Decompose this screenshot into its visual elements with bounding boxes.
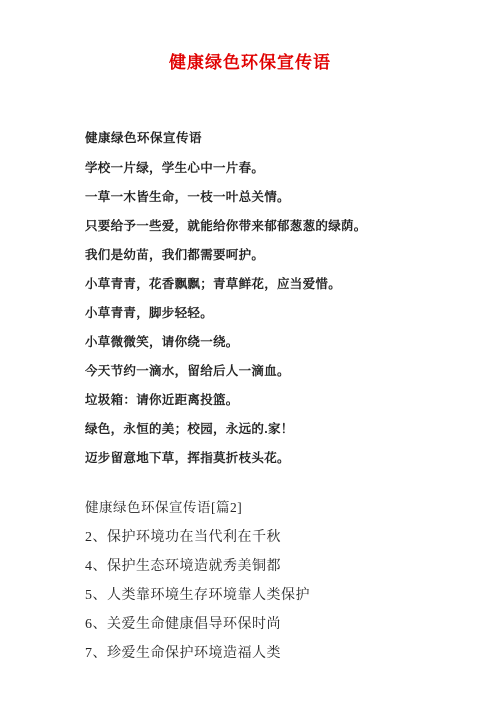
slogan-line: 迈步留意地下草，挥指莫折枝头花。: [85, 451, 460, 465]
slogan-line: 学校一片绿，学生心中一片春。: [85, 161, 460, 175]
slogan-line: 绿色，永恒的美；校园，永远的.家！: [85, 422, 460, 436]
slogan-line: 一草一木皆生命，一枝一叶总关情。: [85, 190, 460, 204]
slogan-line: 垃圾箱：请你近距离投篮。: [85, 393, 460, 407]
section-1-heading: 健康绿色环保宣传语: [85, 131, 460, 145]
numbered-slogan-line: 6、关爱生命健康倡导环保时尚: [85, 617, 460, 632]
slogan-line: 小草青青，脚步轻轻。: [85, 306, 460, 320]
document-title: 健康绿色环保宣传语: [0, 11, 500, 72]
slogan-line: 我们是幼苗，我们都需要呵护。: [85, 248, 460, 262]
numbered-slogan-line: 4、保护生态环境造就秀美铜都: [85, 559, 460, 574]
slogan-line: 小草青青，花香飘飘；青草鲜花，应当爱惜。: [85, 277, 460, 291]
slogan-line: 小草微微笑，请你绕一绕。: [85, 335, 460, 349]
numbered-slogan-line: 2、保护环境功在当代利在千秋: [85, 530, 460, 545]
document-page: 健康绿色环保宣传语 健康绿色环保宣传语 学校一片绿，学生心中一片春。 一草一木皆…: [0, 0, 500, 707]
slogan-line: 只要给予一些爱，就能给你带来郁郁葱葱的绿荫。: [85, 219, 460, 233]
document-body: 健康绿色环保宣传语 学校一片绿，学生心中一片春。 一草一木皆生命，一枝一叶总关情…: [0, 131, 500, 661]
slogan-line: 今天节约一滴水，留给后人一滴血。: [85, 364, 460, 378]
numbered-slogan-line: 7、珍爱生命保护环境造福人类: [85, 646, 460, 661]
section-2-heading: 健康绿色环保宣传语[篇2]: [85, 500, 460, 515]
numbered-slogan-line: 5、人类靠环境生存环境靠人类保护: [85, 588, 460, 603]
